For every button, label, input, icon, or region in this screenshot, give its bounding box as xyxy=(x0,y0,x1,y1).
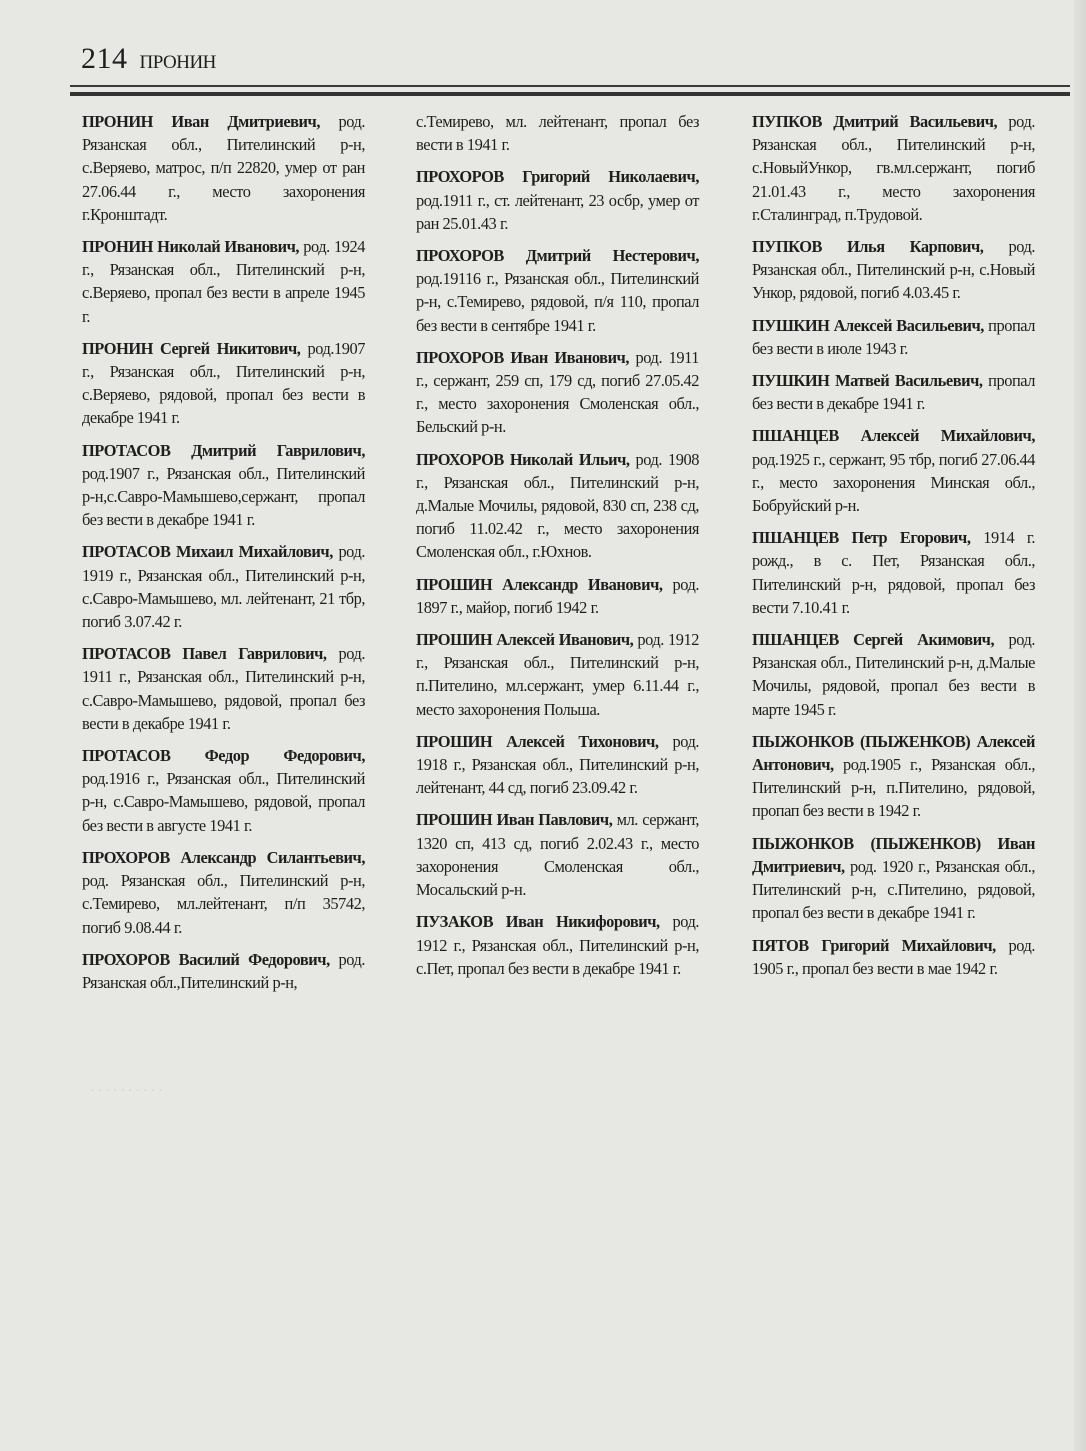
entry: ПУЗАКОВ Иван Никифорович, род. 1912 г., … xyxy=(416,910,699,980)
entry-text: род.1911 г., ст. лейтенант, 23 осбр, уме… xyxy=(416,191,699,233)
entry: ПРОШИН Алексей Тихонович, род. 1918 г., … xyxy=(416,730,699,800)
entry-name: ПРОТАСОВ Павел Гаврилович, xyxy=(82,644,327,663)
entry: ПШАНЦЕВ Петр Егорович, 1914 г. рожд., в … xyxy=(752,526,1035,619)
entry-name: ПРОНИН Николай Иванович, xyxy=(82,237,299,256)
entry: ПРОХОРОВ Дмитрий Нестерович, род.19116 г… xyxy=(416,244,699,337)
entry: ПЯТОВ Григорий Михайлович, род. 1905 г.,… xyxy=(752,934,1035,980)
entry-name: ПРОХОРОВ Дмитрий Нестерович, xyxy=(416,246,699,265)
entry-text: с.Темирево, мл. лейтенант, пропал без ве… xyxy=(416,112,699,154)
entry-name: ПУШКИН Алексей Васильевич, xyxy=(752,316,984,335)
entry: ПЫЖОНКОВ (ПЫЖЕНКОВ) Иван Дмитриевич, род… xyxy=(752,832,1035,925)
running-head: 214 ПРОНИН xyxy=(81,42,216,76)
book-page: 214 ПРОНИН · · · · · · · · · · ПРОНИН Ив… xyxy=(0,0,1086,1451)
entry: ПРОНИН Сергей Никитович, род.1907 г., Ря… xyxy=(82,337,365,430)
header-rule-thick xyxy=(70,92,1070,96)
entry: ПРОНИН Николай Иванович, род. 1924 г., Р… xyxy=(82,235,365,328)
entry-name: ПРОХОРОВ Василий Федорович, xyxy=(82,950,330,969)
entry: ПРОТАСОВ Павел Гаврилович, род. 1911 г.,… xyxy=(82,642,365,735)
entry: ПРОХОРОВ Николай Ильич, род. 1908 г., Ря… xyxy=(416,448,699,564)
entry: ПРОХОРОВ Александр Силантьевич, род. Ряз… xyxy=(82,846,365,939)
entry-name: ПРОТАСОВ Михаил Михайлович, xyxy=(82,542,333,561)
column-3: ПУПКОВ Дмитрий Васильевич, род. Рязанска… xyxy=(752,110,1035,989)
entry: ПШАНЦЕВ Сергей Акимович, род. Рязанская … xyxy=(752,628,1035,721)
running-title: ПРОНИН xyxy=(140,52,216,74)
entry-name: ПРОХОРОВ Александр Силантьевич, xyxy=(82,848,365,867)
entry-name: ПРОНИН Иван Дмитриевич, xyxy=(82,112,320,131)
entry-name: ПУПКОВ Илья Карпович, xyxy=(752,237,983,256)
entry: ПУПКОВ Дмитрий Васильевич, род. Рязанска… xyxy=(752,110,1035,226)
entry-name: ПУЗАКОВ Иван Никифорович, xyxy=(416,912,660,931)
entry: ПРОТАСОВ Михаил Михайлович, род. 1919 г.… xyxy=(82,540,365,633)
entry-name: ПРОХОРОВ Григорий Николаевич, xyxy=(416,167,699,186)
entry: ПРОШИН Александр Иванович, род. 1897 г.,… xyxy=(416,573,699,619)
entry: ПШАНЦЕВ Алексей Михайлович, род.1925 г.,… xyxy=(752,424,1035,517)
entry-name: ПШАНЦЕВ Петр Егорович, xyxy=(752,528,971,547)
entry-name: ПРОШИН Александр Иванович, xyxy=(416,575,663,594)
entry-name: ПРОШИН Иван Павлович, xyxy=(416,810,612,829)
entry-text: род.1916 г., Рязанская обл., Пителинский… xyxy=(82,769,365,834)
entry-name: ПУПКОВ Дмитрий Васильевич, xyxy=(752,112,997,131)
page-edge xyxy=(1074,0,1086,1451)
entry-text: род.1925 г., сержант, 95 тбр, погиб 27.0… xyxy=(752,450,1035,515)
entry-name: ПШАНЦЕВ Алексей Михайлович, xyxy=(752,426,1035,445)
entry: ПРОНИН Иван Дмитриевич, род. Рязанская о… xyxy=(82,110,365,226)
page-number: 214 xyxy=(81,42,128,76)
entry-name: ПРОТАСОВ Федор Федорович, xyxy=(82,746,365,765)
entry: ПРОХОРОВ Василий Федорович, род. Рязанск… xyxy=(82,948,365,994)
entry-name: ПРОНИН Сергей Никитович, xyxy=(82,339,300,358)
entry-name: ПРОШИН Алексей Иванович, xyxy=(416,630,633,649)
column-1: ПРОНИН Иван Дмитриевич, род. Рязанская о… xyxy=(82,110,365,1003)
entry-name: ПУШКИН Матвей Васильевич, xyxy=(752,371,983,390)
entry-text: род. Рязанская обл., Пителинский р-н, с.… xyxy=(82,871,365,936)
entry-name: ПЯТОВ Григорий Михайлович, xyxy=(752,936,996,955)
entry-text: род.19116 г., Рязанская обл., Пителински… xyxy=(416,269,699,334)
entry-name: ПШАНЦЕВ Сергей Акимович, xyxy=(752,630,994,649)
entry: ПРОХОРОВ Григорий Николаевич, род.1911 г… xyxy=(416,165,699,235)
entry: ПРОТАСОВ Федор Федорович, род.1916 г., Р… xyxy=(82,744,365,837)
header-rule-thin xyxy=(70,85,1070,87)
entry: ПУШКИН Матвей Васильевич, пропал без вес… xyxy=(752,369,1035,415)
bleed-through-text: · · · · · · · · · · xyxy=(90,1080,370,1102)
entry: ПЫЖОНКОВ (ПЫЖЕНКОВ) Алексей Антонович, р… xyxy=(752,730,1035,823)
entry: ПРОШИН Алексей Иванович, род. 1912 г., Р… xyxy=(416,628,699,721)
entry-name: ПРОТАСОВ Дмитрий Гаврилович, xyxy=(82,441,365,460)
entry: ПУПКОВ Илья Карпович, род. Рязанская обл… xyxy=(752,235,1035,305)
entry-text: род.1907 г., Рязанская обл., Пителинский… xyxy=(82,464,365,529)
entry: ПУШКИН Алексей Васильевич, пропал без ве… xyxy=(752,314,1035,360)
entry: ПРОТАСОВ Дмитрий Гаврилович, род.1907 г.… xyxy=(82,439,365,532)
entry: ПРОШИН Иван Павлович, мл. сержант, 1320 … xyxy=(416,808,699,901)
entry-name: ПРОХОРОВ Николай Ильич, xyxy=(416,450,630,469)
entry-name: ПРОШИН Алексей Тихонович, xyxy=(416,732,659,751)
column-2: с.Темирево, мл. лейтенант, пропал без ве… xyxy=(416,110,699,989)
entry-continuation: с.Темирево, мл. лейтенант, пропал без ве… xyxy=(416,110,699,156)
entry-name: ПРОХОРОВ Иван Иванович, xyxy=(416,348,629,367)
entry: ПРОХОРОВ Иван Иванович, род. 1911 г., се… xyxy=(416,346,699,439)
